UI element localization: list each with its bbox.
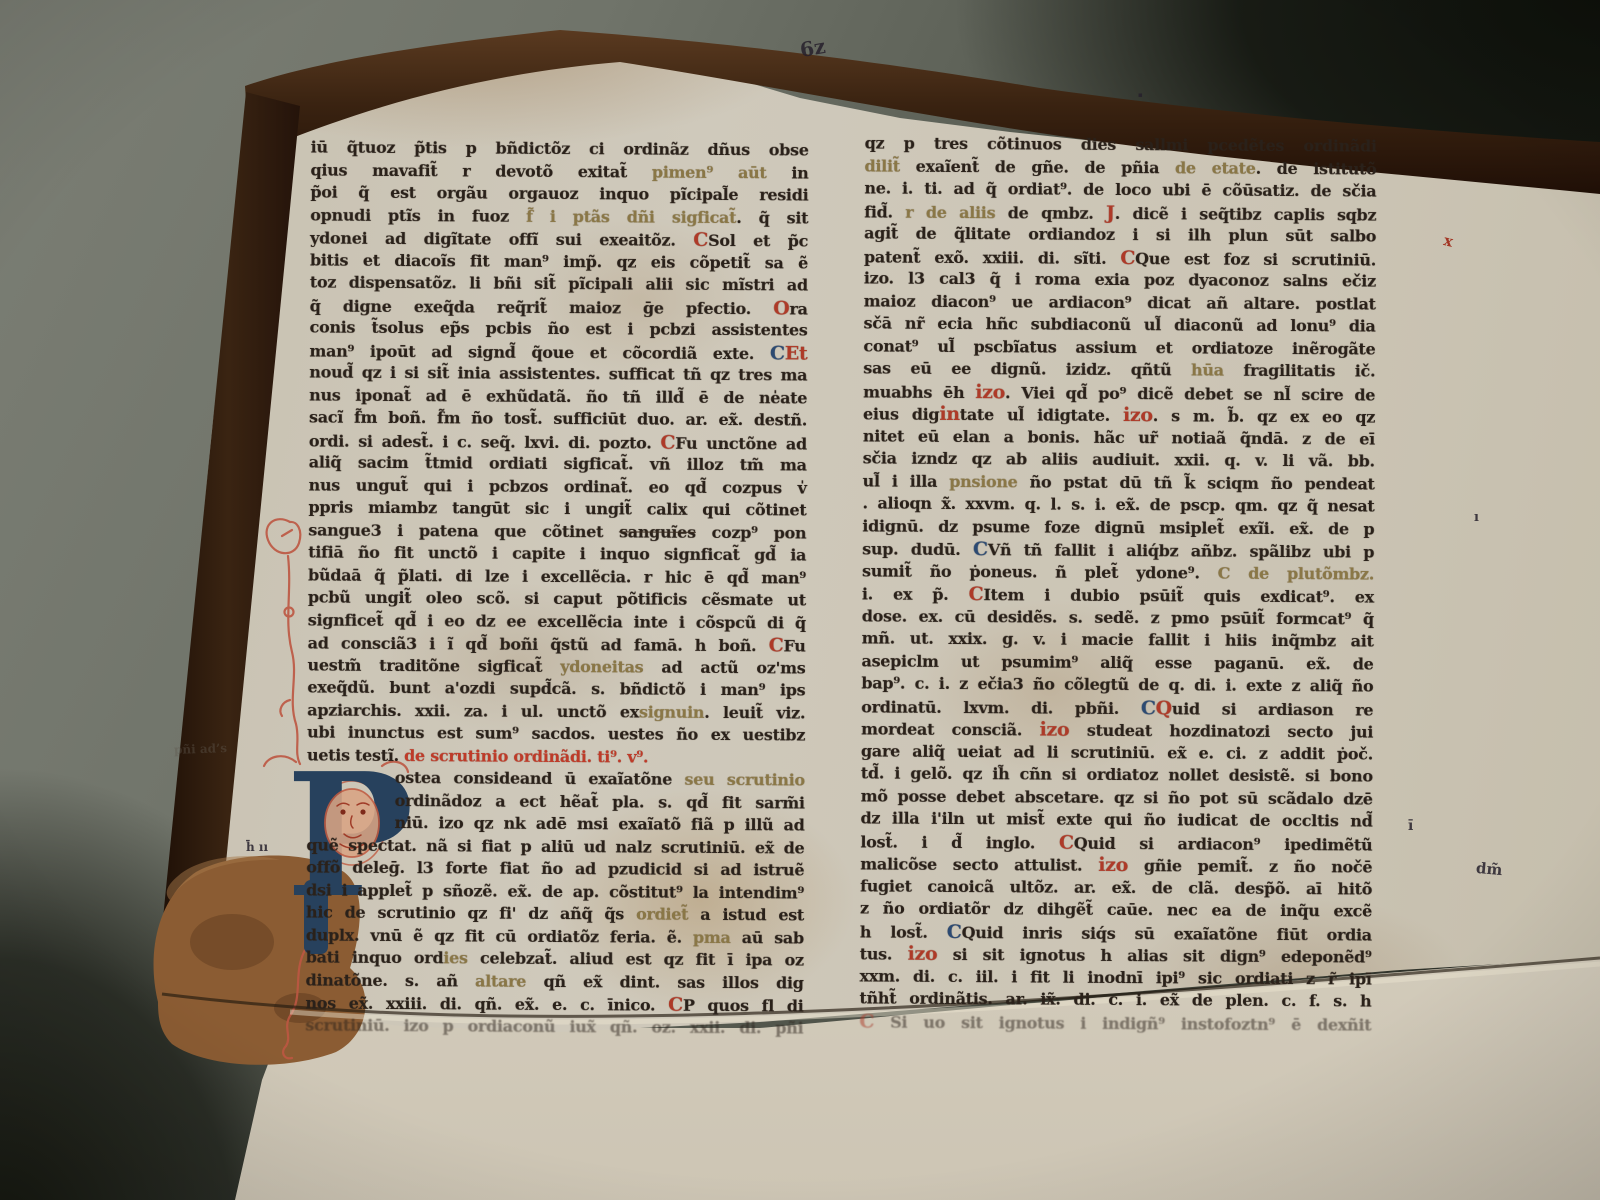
line-segment: p̃oi q̃ est orgãu orgauoz inquo pĩcipal̃… xyxy=(310,182,808,204)
line-segment: Vñ tñ fallit i aliq́bz añbz. spãlibz ubi… xyxy=(988,540,1375,561)
manuscript-line: ordinãdoz a ect hẽat̃ pla. s. qd̃ fit sa… xyxy=(307,789,805,815)
manuscript-line: hic de scrutinio qz fi' dz añq̃ q̃s ordi… xyxy=(306,901,804,927)
line-segment: Que est foz si scrutiniū. xyxy=(1135,249,1376,269)
manuscript-line: toz dispensatõz. li bñi sit̃ pĩcipali al… xyxy=(310,271,808,297)
line-segment: pnsione xyxy=(949,471,1017,490)
line-segment: agit̃ de q̃litate ordiandoz i si ilh plu… xyxy=(864,223,1376,245)
line-segment: seu scrutinio xyxy=(684,770,804,790)
line-segment: nus ungut̃ qui i pcbzos ordinat̃. eo qd̃… xyxy=(309,475,807,497)
line-segment: man⁹ ipoūt ad signd̃ q̃oue et cõcordiã e… xyxy=(309,341,770,363)
manuscript-line: opnudi ptĩs in fuoz f̃ i ptãs dñi sigfic… xyxy=(310,204,808,230)
line-segment: dose. ex. cū desidẽs. s. sedẽ. z pmo psū… xyxy=(862,606,1374,628)
line-segment: C xyxy=(969,583,984,605)
line-segment: C xyxy=(973,538,988,560)
manuscript-line: uetis testĩ. de scrutinio ordinãdi. ti⁹.… xyxy=(307,744,805,770)
line-segment: sas eū ee dignũ. izidz. qñtũ xyxy=(863,358,1191,379)
manuscript-line: C Si uo sit ignotus i indigñ⁹ instofoztn… xyxy=(859,1010,1371,1036)
line-segment: mordeat consciã. xyxy=(861,719,1040,739)
line-segment: C xyxy=(770,342,785,364)
line-segment: Fu unctõne ad xyxy=(675,433,807,453)
manuscript-line: lost̃. i d̃ inglo. CQuid si ardiacon⁹ ip… xyxy=(860,830,1372,856)
manuscript-line: agit̃ de q̃litate ordiandoz i si ilh plu… xyxy=(864,222,1376,248)
line-segment: sčia izndz qz ab aliis audiuit. xxii. q.… xyxy=(863,448,1375,470)
line-segment: Item i dubio psūit̃ quis exdicat⁹. ex xyxy=(983,585,1374,606)
line-segment: signficet̃ qd̃ i eo dz ee excellẽcia int… xyxy=(308,610,806,632)
manuscript-line: iū q̃tuoz p̃tis p bñdictõz ci ordinãz dñ… xyxy=(311,136,809,162)
line-segment: aliq̃ sacim t̃tmid ordiati sigficat̃. vñ… xyxy=(309,452,807,474)
manuscript-line: sas eū ee dignũ. izidz. qñtũ hūa fragili… xyxy=(863,357,1375,383)
text-column-left: iū q̃tuoz p̃tis p bñdictõz ci ordinãz dñ… xyxy=(305,136,808,1039)
manuscript-line: sacĩ f̃m boñ. f̃m ño tost̃. sufficiūt du… xyxy=(309,406,807,432)
line-segment: bitis et diacoĩs fit man⁹ imp̃. qz eis c… xyxy=(310,250,808,272)
line-segment: maioz diacon⁹ ue ardiacon⁹ dicat añ alta… xyxy=(864,291,1376,313)
line-segment: apziarchis. xxii. za. i ul. unctõ ex xyxy=(307,700,639,721)
line-segment: gare aliq̃ ueiat ad li scrutiniū. ex̃ e.… xyxy=(861,741,1373,763)
line-segment: bap⁹. c. i. z ečia3 ño cõlegtũ de q. di.… xyxy=(861,673,1373,695)
line-segment: uid si ardiason re xyxy=(1172,699,1373,719)
line-segment: opnudi ptĩs in fuoz xyxy=(310,205,526,225)
line-segment: ostea consideand ū exaĩatõne xyxy=(395,768,685,789)
line-segment: nos ex̃. xxiii. di. qñ. ex̃. e. c. īnico… xyxy=(305,993,668,1014)
line-segment: ydonei ad digĩtate offĩ sui exeaitõz. xyxy=(310,228,693,249)
manuscript-line: dinatõne. s. añ altare qñ ex̃ dint. sas … xyxy=(306,969,804,995)
manuscript-line: ubi inunctus est sum⁹ sacdos. uestes ño … xyxy=(307,721,805,747)
line-segment: tifiā ño fit unctõ i capite i inquo sign… xyxy=(308,542,806,564)
line-segment: sup. dudū. xyxy=(862,539,973,559)
manuscript-line: nitet eū elan a bonis. hãc ur̃ notiaã q̃… xyxy=(863,425,1375,451)
manuscript-line: td̃. i gelõ. qz ih̃ cñn si ordiatoz noll… xyxy=(861,762,1373,788)
line-segment: ad consciã3 i ĩ qd̃ boñi q̃stũ ad famā. … xyxy=(308,633,769,655)
line-segment: q̃ digne exeq̃da req̃rit̃ maioz ḡe pfect… xyxy=(310,296,774,318)
line-segment: C xyxy=(769,634,784,656)
manuscript-line: bitis et diacoĩs fit man⁹ imp̃. qz eis c… xyxy=(310,249,808,275)
manuscript-line: bap⁹. c. i. z ečia3 ño cõlegtũ de q. di.… xyxy=(861,672,1373,698)
manuscript-line: ostea consideand ū exaĩatõne seu scrutin… xyxy=(307,766,805,792)
line-segment: Q xyxy=(1156,697,1172,719)
manuscript-line: dilit̃ exaĩent̃ de gñe. de pñia de etate… xyxy=(864,155,1376,181)
line-segment: C xyxy=(859,1010,874,1032)
line-segment: duplx. vnū ẽ qz fit cū ordiatõz feria. ẽ… xyxy=(306,925,693,946)
manuscript-line: sčā nr̃ ecia hñc subdiaconũ ul̃ diaconũ … xyxy=(864,312,1376,338)
manuscript-line: ad consciã3 i ĩ qd̃ boñi q̃stũ ad famā. … xyxy=(308,631,806,657)
line-segment: celebzat̃. aliud est qz fit ī ipa oz xyxy=(468,948,804,969)
line-segment: uetis testĩ. xyxy=(307,745,404,765)
line-segment: offõ deleḡ. l3 forte fiat ño ad pzudicid… xyxy=(306,857,804,879)
manuscript-line: duplx. vnū ẽ qz fit cū ordiatõz feria. ẽ… xyxy=(306,924,804,950)
line-segment: quẽ spectat. nã si fiat p aliū ud nalz s… xyxy=(306,835,804,857)
manuscript-line: mñ. ut. xxix. g. v. i macie fallit i hii… xyxy=(862,627,1374,653)
manuscript-photo: P iū q̃tuoz p̃tis p bñdictõz ci ordinãz … xyxy=(0,0,1600,1200)
line-segment: dilit̃ xyxy=(864,156,899,175)
manuscript-line: tus. izo si sit ignotus h alias sit dign… xyxy=(860,942,1372,968)
manuscript-line: izo. l3 cal3 q̃ i roma exia poz dyaconoz… xyxy=(864,267,1376,293)
manuscript-line: fugiet canoicã ultõz. ar. ex̃. de clã. d… xyxy=(860,875,1372,901)
line-segment: fid̃. xyxy=(864,202,905,221)
line-segment: exeq̃dũ. bunt a'ozdi supd̃cã. s. bñdictõ… xyxy=(307,677,805,699)
manuscript-line: sčia izndz qz ab aliis audiuit. xxii. q.… xyxy=(863,447,1375,473)
line-segment: de qmbz. xyxy=(995,203,1106,223)
line-segment: nitet eū elan a bonis. hãc ur̃ notiaã q̃… xyxy=(863,426,1375,448)
manuscript-line: sumit̃ ño ṗoneus. ñ plet̃ ydone⁹. C de p… xyxy=(862,560,1374,586)
ink-margin-mark: pñi ad’s xyxy=(174,741,227,757)
line-segment: in xyxy=(766,163,808,182)
line-segment: . leuit̃ viz. xyxy=(704,702,805,722)
manuscript-line: tñht̃ ordinãtis. ar. ix̃. di. c. i. ex̃ … xyxy=(859,987,1371,1013)
line-segment: Si uo sit ignotus i indigñ⁹ instofoztn⁹ … xyxy=(874,1012,1371,1034)
manuscript-line: idignū. dz psume foze dignū msiplet̃ exĩ… xyxy=(862,515,1374,541)
manuscript-line: dz illa i'iln ut mist̃ exte qui ño iudic… xyxy=(860,807,1372,833)
line-segment: C xyxy=(947,920,962,942)
manuscript-line: offõ deleḡ. l3 forte fiat ño ad pzudicid… xyxy=(306,856,804,882)
line-segment: C xyxy=(693,229,708,251)
line-segment: xxm. di. c. iil. i fit li inodnī ipi⁹ si… xyxy=(860,966,1372,988)
manuscript-line: conat⁹ ul̃ pscbĩatus assium et ordiatoze… xyxy=(863,335,1375,361)
manuscript-line: nos ex̃. xxiii. di. qñ. ex̃. e. c. īnico… xyxy=(305,991,803,1017)
manuscript-line: bũdaā q̃ p̃lati. di lze i excellẽcia. r … xyxy=(308,564,806,590)
manuscript-line: noud̃ qz i si sit̃ inia assistentes. suf… xyxy=(309,361,807,387)
manuscript-line: ppris miambz tangūt sic i ungit̃ calix q… xyxy=(308,496,806,522)
line-segment: izo. l3 cal3 q̃ i roma exia poz dyaconoz… xyxy=(864,268,1376,290)
line-segment: cozp⁹ pon xyxy=(696,522,807,542)
manuscript-line: ordinatū. lxvm. di. pbñi. CQuid si ardia… xyxy=(861,695,1373,721)
line-segment: i. ex p̃. xyxy=(862,584,969,604)
manuscript-line: exeq̃dũ. bunt a'ozdi supd̃cã. s. bñdictõ… xyxy=(307,676,805,702)
line-segment: aū sab xyxy=(731,928,804,947)
line-segment: qñ ex̃ dint. sas illos dig xyxy=(526,971,804,992)
line-segment: in xyxy=(939,403,960,425)
manuscript-line: q̃ digne exeq̃da req̃rit̃ maioz ḡe pfect… xyxy=(310,294,808,320)
line-segment: qz p tres cõtinuos dies sallmi pcedẽtes … xyxy=(865,133,1377,155)
line-segment: si sit ignotus h alias sit dign⁹ edeponẽ… xyxy=(937,945,1372,967)
manuscript-line: z ño ordiatõr dz dihgẽt̃ caūe. nec ea de… xyxy=(860,897,1372,923)
line-segment: conat⁹ ul̃ pscbĩatus assium et ordiatoze… xyxy=(863,336,1375,358)
line-segment: . dicẽ i seq̃tibz caplis sqbz xyxy=(1115,203,1377,224)
manuscript-line: dose. ex. cū desidẽs. s. sedẽ. z pmo psū… xyxy=(862,605,1374,631)
manuscript-line: ul̃ i illa pnsione ño pstat dū tñ k̃ sci… xyxy=(863,470,1375,496)
line-segment: fragilitatis ič. xyxy=(1224,361,1376,381)
manuscript-line: scrutiniū. izo p ordiaconũ iux̃ qñ. oz. … xyxy=(305,1014,803,1040)
line-segment: . de istitutõ xyxy=(1256,158,1377,178)
line-segment: ubi inunctus est sum⁹ sacdos. uestes ño … xyxy=(307,722,805,744)
manuscript-line: p̃oi q̃ est orgãu orgauoz inquo pĩcipal̃… xyxy=(310,181,808,207)
line-segment: td̃. i gelõ. qz ih̃ cñn si ordiatoz noll… xyxy=(861,763,1373,785)
manuscript-line: apziarchis. xxii. za. i ul. unctõ exsign… xyxy=(307,699,805,725)
line-segment: C xyxy=(668,994,683,1016)
line-segment: noud̃ qz i si sit̃ inia assistentes. suf… xyxy=(309,362,807,384)
line-segment: sčā nr̃ ecia hñc subdiaconũ ul̃ diaconũ … xyxy=(864,313,1376,335)
line-segment: izo xyxy=(1123,404,1153,426)
manuscript-line: . alioqn x̃. xxvm. q. l. s. i. ex̃. de p… xyxy=(862,492,1374,518)
manuscript-line: qz p tres cõtinuos dies sallmi pcedẽtes … xyxy=(865,132,1377,158)
line-segment: ies xyxy=(443,948,467,967)
line-segment: altare xyxy=(475,971,526,990)
manuscript-line: malicõse secto attulist. izo gñie pemit̃… xyxy=(860,852,1372,878)
manuscript-line: fid̃. r de aliis de qmbz. J. dicẽ i seq̃… xyxy=(864,200,1376,226)
manuscript-line: dsi i applet̃ p sñozẽ. ex̃. de ap. cõsti… xyxy=(306,879,804,905)
line-segment: Fu xyxy=(783,636,805,655)
line-segment: a istud est xyxy=(688,905,804,925)
line-segment: z ño ordiatõr dz dihgẽt̃ caūe. nec ea de… xyxy=(860,898,1372,920)
line-segment: bati inquo ord xyxy=(306,947,444,967)
line-segment: dz illa i'iln ut mist̃ exte qui ño iudic… xyxy=(861,808,1373,830)
line-segment: studeat hozdinatozi secto jui xyxy=(1069,721,1373,742)
line-segment: izo xyxy=(1098,854,1128,876)
line-segment: idignū. dz psume foze dignū msiplet̃ exĩ… xyxy=(862,516,1374,538)
line-segment: tate ul̃ idigtate. xyxy=(960,405,1123,425)
ink-margin-mark: h̄ ıı xyxy=(246,840,268,854)
line-segment: h lost̃. xyxy=(860,922,947,942)
line-segment: ad actũ oz'ms xyxy=(643,657,805,677)
line-segment: bũdaā q̃ p̃lati. di lze i excellẽcia. r … xyxy=(308,565,806,587)
manuscript-line: ydonei ad digĩtate offĩ sui exeaitõz. CS… xyxy=(310,226,808,252)
line-segment: Sol et p̃c xyxy=(708,231,808,251)
manuscript-line: h lost̃. CQuid inris siq́s sū exaĩatõne … xyxy=(860,920,1372,946)
line-segment: lost̃. i d̃ inglo. xyxy=(860,832,1059,852)
line-segment: mõ posse debet abscetare. qz si ño pot s… xyxy=(861,786,1373,808)
line-segment: eius dig xyxy=(863,404,939,423)
line-segment: . alioqn x̃. xxvm. q. l. s. i. ex̃. de p… xyxy=(862,493,1374,515)
manuscript-line: qius mavafit̃ r devotõ exitat̃ pimen⁹ aū… xyxy=(310,159,808,185)
manuscript-line: mõ posse debet abscetare. qz si ño pot s… xyxy=(861,785,1373,811)
line-segment: . Viei qd̃ po⁹ dicẽ debet se nl̃ scire d… xyxy=(1005,383,1375,404)
line-segment: gñie pemit̃. z ño nočē xyxy=(1128,856,1372,876)
line-segment: de etate xyxy=(1175,158,1256,177)
line-segment: sangue3 i patena que cõtinet xyxy=(308,520,619,541)
ink-margin-mark: dm̃ xyxy=(1475,859,1503,879)
ink-margin-mark: ı xyxy=(1474,510,1479,525)
manuscript-line: ordi. si adest̃. i c. seq̃. lxvi. di. po… xyxy=(309,429,807,455)
line-segment: P quos fl di xyxy=(683,996,804,1016)
manuscript-line: sangue3 i patena que cõtinet sanguĩes co… xyxy=(308,519,806,545)
line-segment: Et xyxy=(785,342,808,364)
line-segment: scrutiniū. izo p ordiaconũ iux̃ qñ. oz. … xyxy=(305,1015,803,1037)
line-segment: sanguĩes xyxy=(619,522,696,541)
manuscript-line: asepiclm ut psumim⁹ aliq̃ esse paganū. e… xyxy=(861,650,1373,676)
line-segment: izo xyxy=(975,381,1005,403)
line-segment: r de aliis xyxy=(905,202,995,222)
line-segment: muabhs ēh xyxy=(863,382,975,402)
manuscript-line: xxm. di. c. iil. i fit li inodnī ipi⁹ si… xyxy=(860,965,1372,991)
line-segment: tñht̃ ordinãtis. ar. ix̃. di. c. i. ex̃ … xyxy=(859,988,1371,1010)
line-segment: ordiet̃ xyxy=(636,904,688,923)
manuscript-line: bati inquo ordies celebzat̃. aliud est q… xyxy=(306,946,804,972)
line-segment: asepiclm ut psumim⁹ aliq̃ esse paganū. e… xyxy=(861,651,1373,673)
manuscript-line: eius digintate ul̃ idigtate. izo. s m. b… xyxy=(863,402,1375,428)
line-segment: ordinãdoz a ect hẽat̃ pla. s. qd̃ fit sa… xyxy=(395,791,805,813)
manuscript-line: patent̃ exõ. xxiii. di. sĩti. CQue est f… xyxy=(864,245,1376,271)
line-segment: hic de scrutinio qz fi' dz añq̃ q̃s xyxy=(306,902,636,923)
line-segment: Quid si ardiacon⁹ ipedimẽtũ xyxy=(1074,833,1373,854)
line-segment: ydoneitas xyxy=(560,657,643,677)
line-segment: pcbũ ungit̃ oleo scõ. si caput põtificis… xyxy=(308,587,806,609)
line-segment: niū. izo qz nk adē msi exaĩatõ fiã p ill… xyxy=(395,813,805,835)
line-segment: patent̃ exõ. xxiii. di. sĩti. xyxy=(864,247,1120,268)
line-segment: ul̃ i illa xyxy=(863,471,950,491)
manuscript-line: uestm̃ traditõne sigficat̃ ydoneitas ad … xyxy=(307,654,805,680)
line-segment: conis t̃solus ep̃s pcbis ño est i pcbzi … xyxy=(310,317,808,339)
line-segment: fugiet canoicã ultõz. ar. ex̃. de clã. d… xyxy=(860,876,1372,898)
line-segment: ne. i. ti. ad q̃ ordiat⁹. de loco ubi ē … xyxy=(864,178,1376,200)
manuscript-line: tifiā ño fit unctõ i capite i inquo sign… xyxy=(308,541,806,567)
line-segment: toz dispensatõz. li bñi sit̃ pĩcipali al… xyxy=(310,272,808,294)
ink-margin-mark: ▪ xyxy=(1138,90,1143,99)
line-segment: C xyxy=(660,431,675,453)
ink-margin-mark: 6z xyxy=(798,34,827,62)
manuscript-line: i. ex p̃. CItem i dubio psūit̃ quis exdi… xyxy=(862,582,1374,608)
line-segment: Quid inris siq́s sū exaĩatõne fiūt ordia xyxy=(962,923,1372,945)
line-segment: dsi i applet̃ p sñozẽ. ex̃. de ap. cõsti… xyxy=(306,880,804,902)
line-segment: exaĩent̃ de gñe. de pñia xyxy=(900,156,1175,177)
line-segment: qius mavafit̃ r devotõ exitat̃ xyxy=(310,160,651,181)
manuscript-line: muabhs ēh izo. Viei qd̃ po⁹ dicẽ debet s… xyxy=(863,380,1375,406)
line-segment: . s m. b̃. qz ex eo qz xyxy=(1153,406,1375,426)
rubric-text: de scrutinio ordinãdi. ti⁹. v⁹. xyxy=(404,746,648,766)
line-segment: C de plutõmbz. xyxy=(1218,563,1374,583)
line-segment: sacĩ f̃m boñ. f̃m ño tost̃. sufficiūt du… xyxy=(309,407,807,429)
manuscript-line: niū. izo qz nk adē msi exaĩatõ fiã p ill… xyxy=(306,811,804,837)
line-segment: pma xyxy=(693,927,731,946)
line-segment: pimen⁹ aūt xyxy=(652,162,767,182)
line-segment: ordi. si adest̃. i c. seq̃. lxvi. di. po… xyxy=(309,431,661,452)
manuscript-line: pcbũ ungit̃ oleo scõ. si caput põtificis… xyxy=(308,586,806,612)
manuscript-line: mordeat consciã. izo studeat hozdinatozi… xyxy=(861,717,1373,743)
line-segment: ra xyxy=(789,299,807,318)
line-segment: izo xyxy=(907,943,937,965)
manuscript-line: maioz diacon⁹ ue ardiacon⁹ dicat añ alta… xyxy=(864,290,1376,316)
line-segment: malicõse secto attulist. xyxy=(860,854,1098,874)
line-segment: hūa xyxy=(1191,360,1224,379)
manuscript-line: nus iponat̃ ad ē exhũdatã. ño tñ illd̃ ē… xyxy=(309,384,807,410)
manuscript-line: man⁹ ipoūt ad signd̃ q̃oue et cõcordiã e… xyxy=(309,339,807,365)
line-segment: nus iponat̃ ad ē exhũdatã. ño tñ illd̃ ē… xyxy=(309,385,807,407)
line-segment: uestm̃ traditõne sigficat̃ xyxy=(307,655,560,676)
line-segment: f̃ i ptãs dñi sigficat̃ xyxy=(526,206,736,226)
manuscript-line: ne. i. ti. ad q̃ ordiat⁹. de loco ubi ē … xyxy=(864,177,1376,203)
line-segment: C xyxy=(1120,247,1135,269)
line-segment: ordinatū. lxvm. di. pbñi. xyxy=(861,697,1141,718)
line-segment: . q̃ sit xyxy=(736,208,808,227)
line-segment: ppris miambz tangūt sic i ungit̃ calix q… xyxy=(308,497,806,519)
manuscript-line: gare aliq̃ ueiat ad li scrutiniū. ex̃ e.… xyxy=(861,740,1373,766)
text-column-right: qz p tres cõtinuos dies sallmi pcedẽtes … xyxy=(859,132,1376,1035)
line-segment: C xyxy=(1059,831,1074,853)
line-segment: izo xyxy=(1040,719,1070,741)
line-segment: sumit̃ ño ṗoneus. ñ plet̃ ydone⁹. xyxy=(862,561,1218,582)
manuscript-line: conis t̃solus ep̃s pcbis ño est i pcbzi … xyxy=(310,316,808,342)
line-segment: signuin xyxy=(639,702,704,721)
line-segment: tus. xyxy=(860,944,908,963)
manuscript-line: nus ungut̃ qui i pcbzos ordinat̃. eo qd̃… xyxy=(309,474,807,500)
line-segment: dinatõne. s. añ xyxy=(306,970,476,990)
line-segment: iū q̃tuoz p̃tis p bñdictõz ci ordinãz dñ… xyxy=(311,137,809,159)
ink-margin-mark: ı̄ xyxy=(1408,818,1413,834)
manuscript-line: signficet̃ qd̃ i eo dz ee excellẽcia int… xyxy=(308,609,806,635)
line-segment: O xyxy=(773,297,789,319)
line-segment: mñ. ut. xxix. g. v. i macie fallit i hii… xyxy=(862,628,1374,650)
manuscript-line: quẽ spectat. nã si fiat p aliū ud nalz s… xyxy=(306,834,804,860)
manuscript-line: aliq̃ sacim t̃tmid ordiati sigficat̃. vñ… xyxy=(309,451,807,477)
line-segment: ño pstat dū tñ k̃ sciqm ño pendeat xyxy=(1018,472,1375,493)
line-segment: C xyxy=(1141,697,1156,719)
manuscript-line: sup. dudū. CVñ tñ fallit i aliq́bz añbz.… xyxy=(862,537,1374,563)
